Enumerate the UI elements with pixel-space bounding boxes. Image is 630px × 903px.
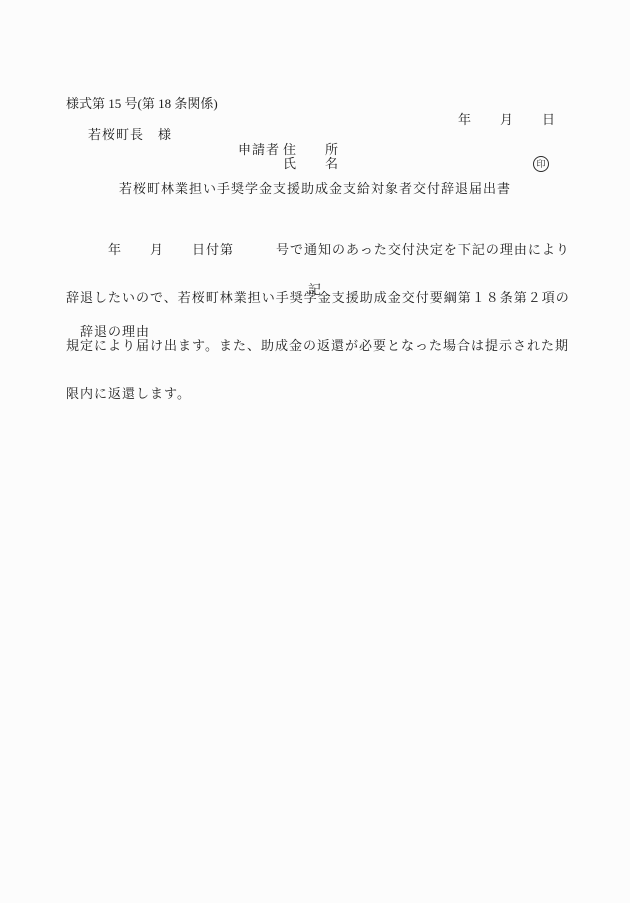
record-marker: 記	[0, 282, 630, 298]
body-line: 規定により届け出ます。また、助成金の返還が必要となった場合は提示された期	[66, 338, 578, 354]
document-sheet: 様式第 15 号(第 18 条関係) 年 月 日 若桜町長 様 申請者 住 所 …	[0, 0, 630, 903]
body-line: 限内に返還します。	[66, 386, 578, 402]
body-paragraph: 年 月 日付第 号で通知のあった交付決定を下記の理由により 辞退したいので、若桜…	[66, 210, 578, 434]
seal-mark-icon: 印	[533, 156, 549, 172]
addressee: 若桜町長 様	[88, 127, 172, 143]
form-number: 様式第 15 号(第 18 条関係)	[66, 96, 218, 112]
document-title: 若桜町林業担い手奨学金支援助成金支給対象者交付辞退届出書	[0, 181, 630, 197]
applicant-name-label: 氏 名	[283, 156, 339, 172]
reason-label: 辞退の理由	[80, 324, 150, 340]
date-line: 年 月 日	[458, 112, 556, 128]
applicant-label: 申請者	[238, 142, 280, 158]
body-line: 年 月 日付第 号で通知のあった交付決定を下記の理由により	[66, 242, 578, 258]
